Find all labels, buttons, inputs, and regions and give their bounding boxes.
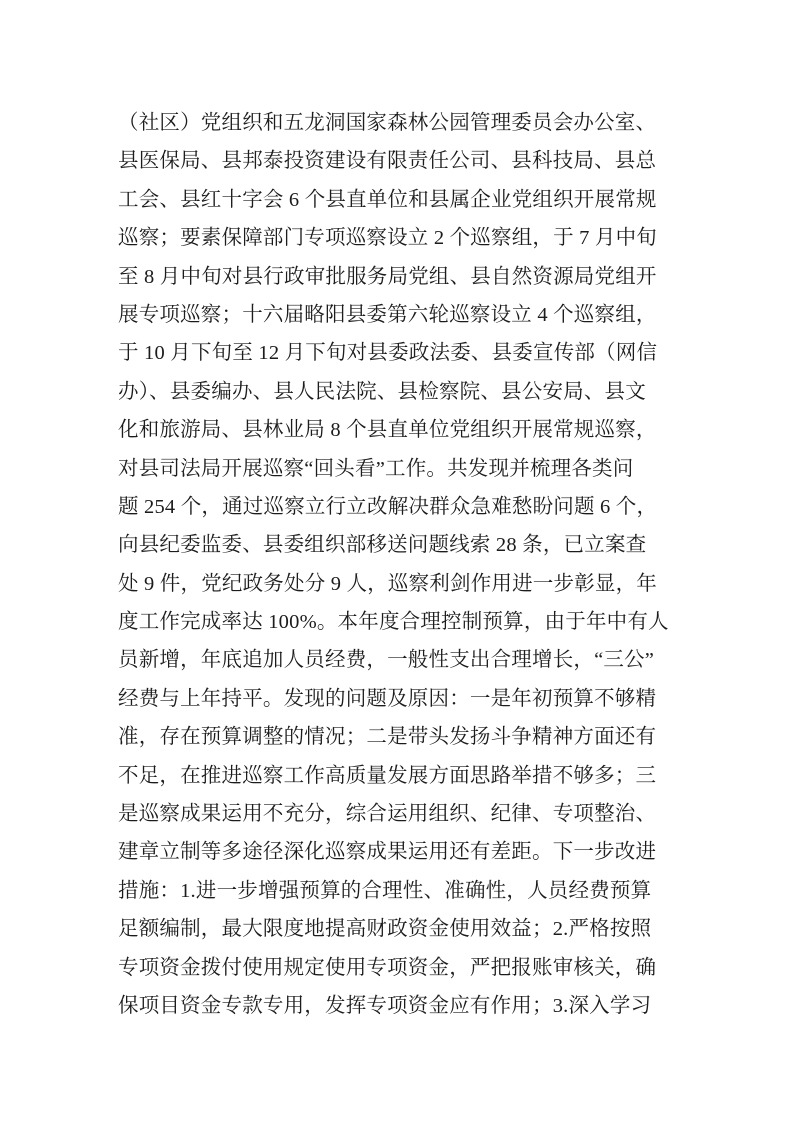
text-line: 足额编制，最大限度地提高财政资金使用效益；2.严格按照	[118, 910, 675, 948]
text-line: 展专项巡察；十六届略阳县委第六轮巡察设立 4 个巡察组，	[118, 296, 675, 334]
document-page: （社区）党组织和五龙洞国家森林公园管理委员会办公室、 县医保局、县邦泰投资建设有…	[0, 0, 793, 1122]
text-line: 保项目资金专款专用，发挥专项资金应有作用；3.深入学习	[118, 987, 675, 1025]
body-text-block: （社区）党组织和五龙洞国家森林公园管理委员会办公室、 县医保局、县邦泰投资建设有…	[118, 104, 675, 1025]
text-line: 度工作完成率达 100%。本年度合理控制预算，由于年中有人	[118, 603, 675, 641]
text-line: 员新增，年底追加人员经费，一般性支出合理增长，“三公”	[118, 641, 675, 679]
text-line: 工会、县红十字会 6 个县直单位和县属企业党组织开展常规	[118, 181, 675, 219]
text-line: 建章立制等多途径深化巡察成果运用还有差距。下一步改进	[118, 833, 675, 871]
text-line: 经费与上年持平。发现的问题及原因：一是年初预算不够精	[118, 680, 675, 718]
text-line: 对县司法局开展巡察“回头看”工作。共发现并梳理各类问	[118, 450, 675, 488]
text-line: 向县纪委监委、县委组织部移送问题线索 28 条，已立案查	[118, 526, 675, 564]
text-line: 于 10 月下旬至 12 月下旬对县委政法委、县委宣传部（网信	[118, 334, 675, 372]
text-line: （社区）党组织和五龙洞国家森林公园管理委员会办公室、	[118, 104, 675, 142]
text-line: 县医保局、县邦泰投资建设有限责任公司、县科技局、县总	[118, 142, 675, 180]
text-line: 处 9 件，党纪政务处分 9 人，巡察利剑作用进一步彰显，年	[118, 565, 675, 603]
text-line: 题 254 个，通过巡察立行立改解决群众急难愁盼问题 6 个，	[118, 488, 675, 526]
text-line: 专项资金拨付使用规定使用专项资金，严把报账审核关，确	[118, 949, 675, 987]
text-line: 巡察；要素保障部门专项巡察设立 2 个巡察组，于 7 月中旬	[118, 219, 675, 257]
text-line: 不足，在推进巡察工作高质量发展方面思路举措不够多；三	[118, 757, 675, 795]
text-line: 至 8 月中旬对县行政审批服务局党组、县自然资源局党组开	[118, 258, 675, 296]
text-line: 办）、县委编办、县人民法院、县检察院、县公安局、县文	[118, 373, 675, 411]
text-line: 措施：1.进一步增强预算的合理性、准确性，人员经费预算	[118, 872, 675, 910]
text-line: 准，存在预算调整的情况；二是带头发扬斗争精神方面还有	[118, 718, 675, 756]
text-line: 化和旅游局、县林业局 8 个县直单位党组织开展常规巡察，	[118, 411, 675, 449]
text-line: 是巡察成果运用不充分，综合运用组织、纪律、专项整治、	[118, 795, 675, 833]
